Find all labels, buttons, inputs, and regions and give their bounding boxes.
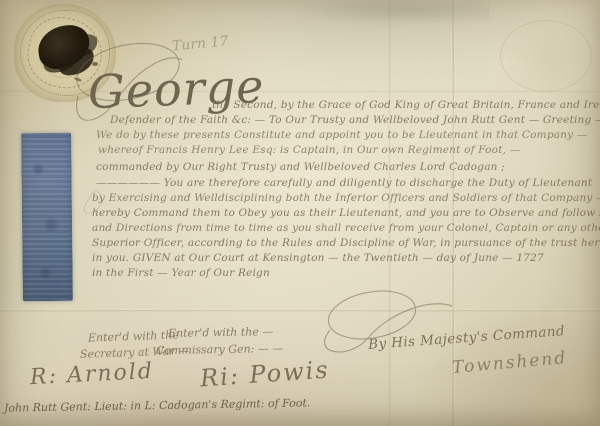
body-line: in the First — Year of Our Reign <box>92 267 270 279</box>
ink-showthrough-smudge <box>290 0 490 26</box>
war-office-signature: R: Arnold <box>29 359 154 390</box>
embossed-duty-mark <box>500 20 592 92</box>
fold-crease-horizontal <box>0 308 600 312</box>
war-office-entry-note: Enter'd with the <box>88 328 179 344</box>
body-line: in you. GIVEN at Our Court at Kensington… <box>92 252 544 264</box>
body-line: —————— You are therefore carefully and d… <box>96 177 592 189</box>
docket-line: John Rutt Gent: Lieut: in L: Cadogan's R… <box>4 396 311 414</box>
body-line: by Exercising and Welldisciplining both … <box>92 192 600 204</box>
commission-document: Turn 17 George the Second, by the Grace … <box>0 0 600 426</box>
body-line: commanded by Our Right Trusty and Wellbe… <box>96 161 505 173</box>
body-line: whereof Francis Henry Lee Esq: is Captai… <box>98 144 520 156</box>
body-line: and Directions from time to time as you … <box>92 222 600 234</box>
commissary-signature: Ri: Powis <box>199 356 330 393</box>
royal-command-text: By His Majesty's Command <box>368 323 566 353</box>
royal-countersignature: Townshend <box>451 348 568 378</box>
commissary-entry-note: Enter'd with the — <box>168 325 274 340</box>
body-line: We do by these presents Constitute and a… <box>96 129 588 141</box>
commissary-entry-note: Commissary Gen: — — <box>156 342 284 357</box>
body-line: hereby Command them to Obey you as their… <box>92 207 600 219</box>
body-line: Superior Officer, according to the Rules… <box>92 237 600 249</box>
blue-revenue-stamp-icon <box>21 133 73 302</box>
stamp-texture <box>25 137 69 297</box>
body-line: the Second, by the Grace of God King of … <box>212 99 600 111</box>
pencil-annotation: Turn 17 <box>171 34 229 55</box>
body-line: Defender of the Faith &c: — To Our Trust… <box>110 114 600 126</box>
